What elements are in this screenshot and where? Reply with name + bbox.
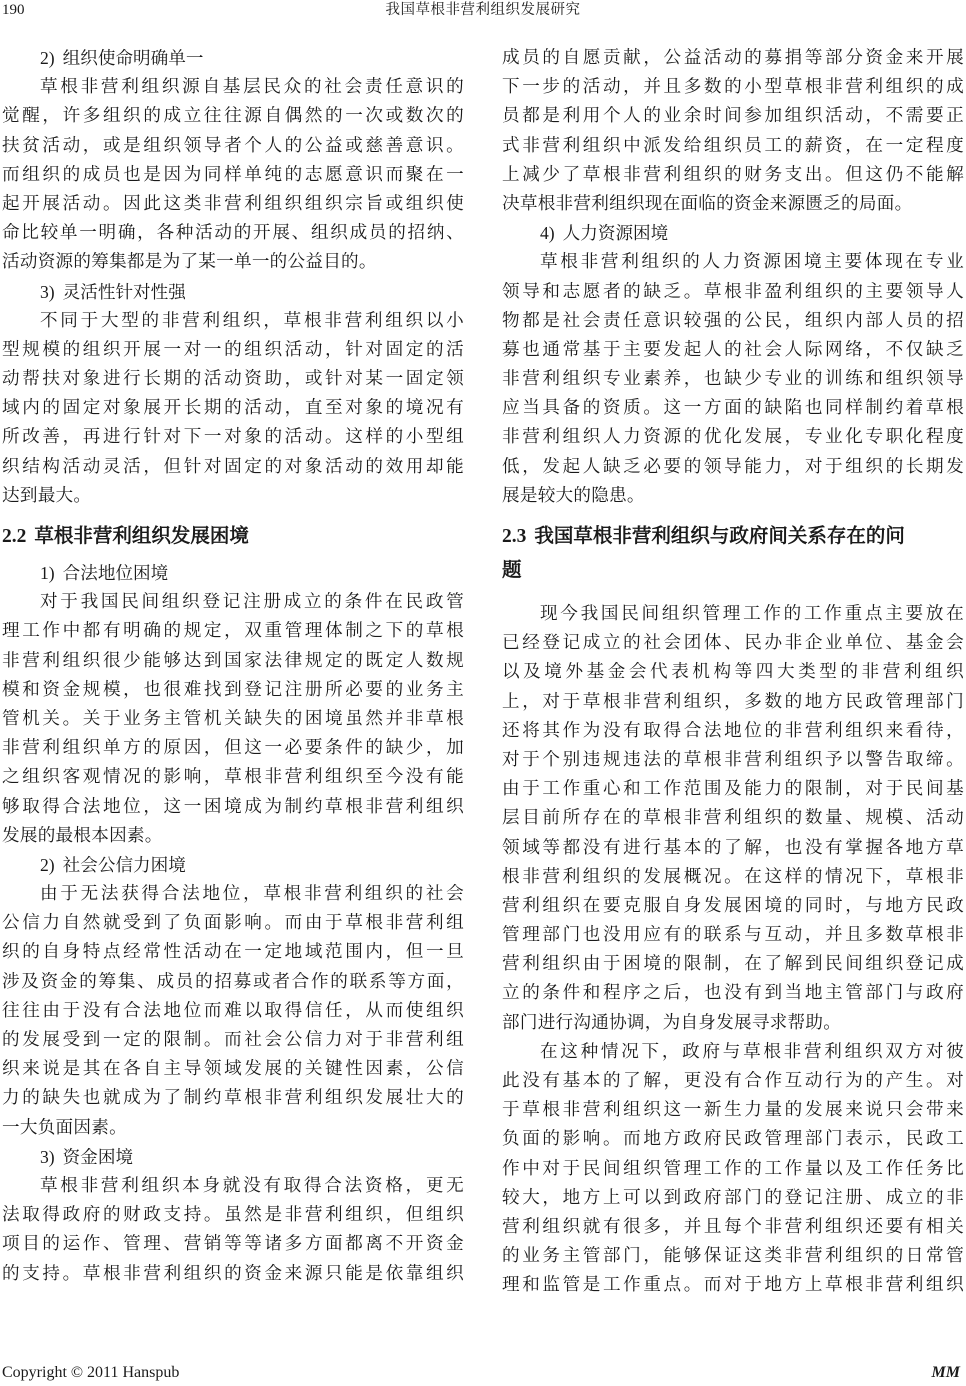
text-line: 力的缺失也就成为了制约草根非营利组织发展壮大的 [2,1084,464,1113]
paragraph-mission: 草根非营利组织源自基层民众的社会责任意识的 觉醒，许多组织的成立往往源自偶然的一… [2,73,464,277]
journal-abbreviation: MM [932,1362,960,1384]
text-line: 域内的固定对象展开长期的活动，直至对象的境况有 [2,394,464,423]
subheading-number: 2) [40,855,55,875]
subheading-credibility: 2)社会公信力困境 [2,851,464,880]
subheading-number: 3) [40,1147,55,1167]
text-line: 非营利组织专业素养，也缺少专业的训练和组织领导 [502,365,964,394]
text-line: 成员的自愿贡献，公益活动的募捐等部分资金来开展 [502,44,964,73]
subheading-flexible: 3)灵活性针对性强 [2,278,464,307]
text-line: 发展的最根本因素。 [2,822,464,851]
text-line: 而组织的成员也是因为同样单纯的志愿意识而聚在一 [2,161,464,190]
text-line: 还将其作为没有取得合法地位的非营利组织来看待， [502,717,964,746]
text-line: 草根非营利组织本身就没有取得合法资格，更无 [2,1172,464,1201]
text-line: 于草根非营利组织这一新生力量的发展来说只会带来 [502,1096,964,1125]
text-line: 营利组织就有很多，并且每个非营利组织还要有相关 [502,1213,964,1242]
section-title-line-2: 题 [502,553,964,586]
text-line: 展是较大的隐患。 [502,482,964,511]
text-line: 的发展受到一定的限制。而社会公信力对于非营利组 [2,1026,464,1055]
text-line: 模和资金规模，也很难找到登记注册所必要的业务主 [2,676,464,705]
text-line: 上减少了草根非营利组织的财务支出。但这仍不能解 [502,161,964,190]
subheading-legal-status: 1)合法地位困境 [2,559,464,588]
text-line: 负面的影响。而地方政府民政管理部门表示，民政工 [502,1125,964,1154]
paragraph-government-relations-1: 现今我国民间组织管理工作的工作重点主要放在 已经登记成立的社会团体、民办非企业单… [502,600,964,1038]
paragraph-flexible: 不同于大型的非营利组织，草根非营利组织以小 型规模的组织开展一对一的组织活动，针… [2,307,464,511]
text-line: 领导和志愿者的缺乏。草根非盈利组织的主要领导人 [502,278,964,307]
text-line: 应当具备的资质。这一方面的缺陷也同样制约着草根 [502,394,964,423]
subheading-mission: 2)组织使命明确单一 [2,44,464,73]
text-line: 在这种情况下，政府与草根非营利组织双方对彼 [502,1038,964,1067]
subheading-title: 灵活性针对性强 [63,283,186,303]
text-line: 往往由于没有合法地位而难以取得信任，从而使组织 [2,997,464,1026]
text-line: 之组织客观情况的影响，草根非营利组织至今没有能 [2,763,464,792]
text-line: 此没有基本的了解，更没有合作互动行为的产生。对 [502,1067,964,1096]
text-line: 立的条件和程序之后，也没有到当地主管部门与政府 [502,979,964,1008]
text-line: 领域等都没有进行基本的了解，也没有掌握各地方草 [502,834,964,863]
subheading-number: 4) [540,223,555,243]
paragraph-funding-continued: 成员的自愿贡献，公益活动的募捐等部分资金来开展 下一步的活动，并且多数的小型草根… [502,44,964,219]
section-number: 2.3 [502,526,526,547]
text-line: 命比较单一明确，各种活动的开展、组织成员的招纳、 [2,219,464,248]
text-line: 公信力自然就受到了负面影响。而由于草根非营利组 [2,909,464,938]
subheading-title: 资金困境 [63,1148,133,1168]
text-line: 织的自身特点经常性活动在一定地域范围内，但一旦 [2,938,464,967]
text-line: 以及境外基金会代表机构等四大类型的非营利组织 [502,658,964,687]
text-line: 非营利组织人力资源的优化发展，专业化专职化程度 [502,423,964,452]
copyright-notice: Copyright © 2011 Hanspub [2,1362,179,1384]
text-line: 的支持。草根非营利组织的资金来源只能是依靠组织 [2,1260,464,1289]
text-line: 式非营利组织中派发给组织员工的薪资，在一定程度 [502,132,964,161]
text-line: 法取得政府的财政支持。虽然是非营利组织，但组织 [2,1201,464,1230]
text-line: 非营利组织很少能够达到国家法律规定的既定人数规 [2,647,464,676]
text-line: 营利组织在要克服自身发展困境的同时，与地方民政 [502,892,964,921]
text-line: 员都是利用个人的业余时间参加组织活动，不需要正 [502,102,964,131]
text-line: 较大，地方上可以到政府部门的登记注册、成立的非 [502,1184,964,1213]
subheading-human-resources: 4)人力资源困境 [502,219,964,248]
subheading-title: 社会公信力困境 [63,856,186,876]
paragraph-funding: 草根非营利组织本身就没有取得合法资格，更无 法取得政府的财政支持。虽然是非营利组… [2,1172,464,1289]
text-line: 觉醒，许多组织的成立往往源自偶然的一次或数次的 [2,102,464,131]
text-line: 扶贫活动，或是组织领导者个人的公益或慈善意识。 [2,132,464,161]
paragraph-legal-status: 对于我国民间组织登记注册成立的条件在民政管 理工作中都有明确的规定，双重管理体制… [2,588,464,851]
text-line: 作中对于民间组织管理工作的工作量以及工作任务比 [502,1155,964,1184]
text-line: 由于无法获得合法地位，草根非营利组织的社会 [2,880,464,909]
text-line: 决草根非营利组织现在面临的资金来源匮乏的局面。 [502,190,964,219]
text-line: 织来说是其在各自主导领域发展的关键性因素，公信 [2,1055,464,1084]
section-heading-2-3: 2.3我国草根非营利组织与政府间关系存在的问 题 [502,519,964,586]
page-footer: Copyright © 2011 Hanspub MM [0,1362,966,1384]
text-line: 物都是社会责任意识较强的公民，组织内部人员的招 [502,307,964,336]
text-line: 由于工作重心和工作范围及能力的限制，对于民间基 [502,775,964,804]
text-line: 层目前所存在的草根非营利组织的数量、规模、活动 [502,804,964,833]
text-line: 涉及资金的筹集、成员的招募或者合作的联系等方面， [2,968,464,997]
page-header: 190 我国草根非营利组织发展研究 [0,0,966,24]
subheading-funding: 3)资金困境 [2,1143,464,1172]
text-line: 营利组织由于困境的限制，在了解到民间组织登记成 [502,950,964,979]
subheading-title: 人力资源困境 [563,224,669,244]
left-column: 2)组织使命明确单一 草根非营利组织源自基层民众的社会责任意识的 觉醒，许多组织… [2,44,464,1289]
text-line: 下一步的活动，并且多数的小型草根非营利组织的成 [502,73,964,102]
text-line: 项目的运作、管理、营销等等诸多方面都离不开资金 [2,1230,464,1259]
subheading-number: 3) [40,282,55,302]
section-heading-2-2: 2.2草根非营利组织发展困境 [2,519,464,553]
text-line: 募也通常基于主要发起人的社会人际网络，不仅缺乏 [502,336,964,365]
section-title-line-1: 我国草根非营利组织与政府间关系存在的问 [534,524,905,547]
text-line: 上，对于草根非营利组织，多数的地方民政管理部门 [502,688,964,717]
text-line: 理和监管是工作重点。而对于地方上草根非营利组织 [502,1271,964,1300]
text-line: 现今我国民间组织管理工作的工作重点主要放在 [502,600,964,629]
section-number: 2.2 [2,526,26,547]
paragraph-government-relations-2: 在这种情况下，政府与草根非营利组织双方对彼 此没有基本的了解，更没有合作互动行为… [502,1038,964,1301]
text-line: 型规模的组织开展一对一的组织活动，针对固定的活 [2,336,464,365]
right-column: 成员的自愿贡献，公益活动的募捐等部分资金来开展 下一步的活动，并且多数的小型草根… [502,44,964,1301]
text-line: 所改善，再进行针对下一对象的活动。这样的小型组 [2,423,464,452]
text-line: 草根非营利组织源自基层民众的社会责任意识的 [2,73,464,102]
text-line: 不同于大型的非营利组织，草根非营利组织以小 [2,307,464,336]
paragraph-human-resources: 草根非营利组织的人力资源困境主要体现在专业 领导和志愿者的缺乏。草根非盈利组织的… [502,248,964,511]
text-line: 非营利组织单方的原因，但这一必要条件的缺少，加 [2,734,464,763]
subheading-title: 组织使命明确单一 [63,49,204,69]
text-line: 理工作中都有明确的规定，双重管理体制之下的草根 [2,617,464,646]
subheading-title: 合法地位困境 [63,564,169,584]
text-line: 管理部门也没用应有的联系与互动，并且多数草根非 [502,921,964,950]
text-line: 够取得合法地位，这一困境成为制约草根非营利组织 [2,793,464,822]
text-line: 织结构活动灵活，但针对固定的对象活动的效用却能 [2,453,464,482]
subheading-number: 2) [40,48,55,68]
text-line: 已经登记成立的社会团体、民办非企业单位、基金会 [502,629,964,658]
subheading-number: 1) [40,563,55,583]
section-title: 草根非营利组织发展困境 [34,524,249,547]
paragraph-credibility: 由于无法获得合法地位，草根非营利组织的社会 公信力自然就受到了负面影响。而由于草… [2,880,464,1143]
text-line: 管机关。关于业务主管机关缺失的困境虽然并非草根 [2,705,464,734]
text-line: 的业务主管部门，能够保证这类非营利组织的日常管 [502,1242,964,1271]
text-line: 起开展活动。因此这类非营利组织组织宗旨或组织使 [2,190,464,219]
text-line: 达到最大。 [2,482,464,511]
text-line: 低，发起人缺乏必要的领导能力，对于组织的长期发 [502,453,964,482]
text-line: 根非营利组织的发展概况。在这样的情况下，草根非 [502,863,964,892]
text-line: 对于我国民间组织登记注册成立的条件在民政管 [2,588,464,617]
text-line: 对于个别违规违法的草根非营利组织予以警告取缔。 [502,746,964,775]
text-line: 动帮扶对象进行长期的活动资助，或针对某一固定领 [2,365,464,394]
text-line: 草根非营利组织的人力资源困境主要体现在专业 [502,248,964,277]
running-title: 我国草根非营利组织发展研究 [0,0,966,20]
text-line: 部门进行沟通协调，为自身发展寻求帮助。 [502,1009,964,1038]
text-line: 一大负面因素。 [2,1114,464,1143]
text-line: 活动资源的筹集都是为了某一单一的公益目的。 [2,248,464,277]
